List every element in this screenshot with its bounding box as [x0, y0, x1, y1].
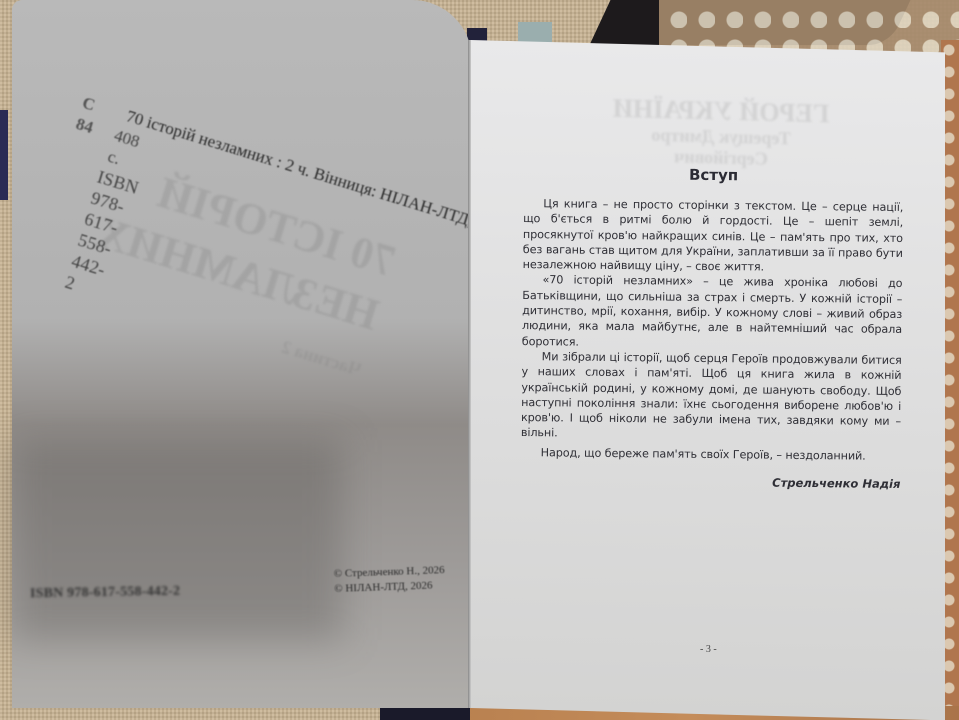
introduction-section: Вступ Ця книга – не просто сторінки з те… — [520, 164, 903, 491]
section-title: Вступ — [524, 164, 904, 186]
paragraph: «70 історій незламних» – це жива хроніка… — [522, 272, 903, 352]
book-cover-bottom — [380, 706, 470, 720]
paragraph: Ця книга – не просто сторінки з текстом.… — [523, 196, 904, 276]
copyright-block: © Стрельченко Н., 2026 © НІЛАН-ЛТД, 2026 — [334, 563, 446, 597]
isbn-bottom: ISBN 978-617-558-442-2 — [30, 584, 180, 603]
paragraph: Ми зібрали ці історії, щоб серця Героїв … — [521, 349, 902, 445]
paragraph: Народ, що береже пам'ять своїх Героїв, –… — [521, 445, 901, 464]
hand-shadow — [12, 440, 342, 640]
book-cover-edge — [0, 110, 8, 200]
showthrough-heading: ГЕРОЙ УКРАЇНИ Терещук Дмитро Сергійович — [571, 93, 871, 173]
page-number: - 3 - — [700, 644, 717, 655]
